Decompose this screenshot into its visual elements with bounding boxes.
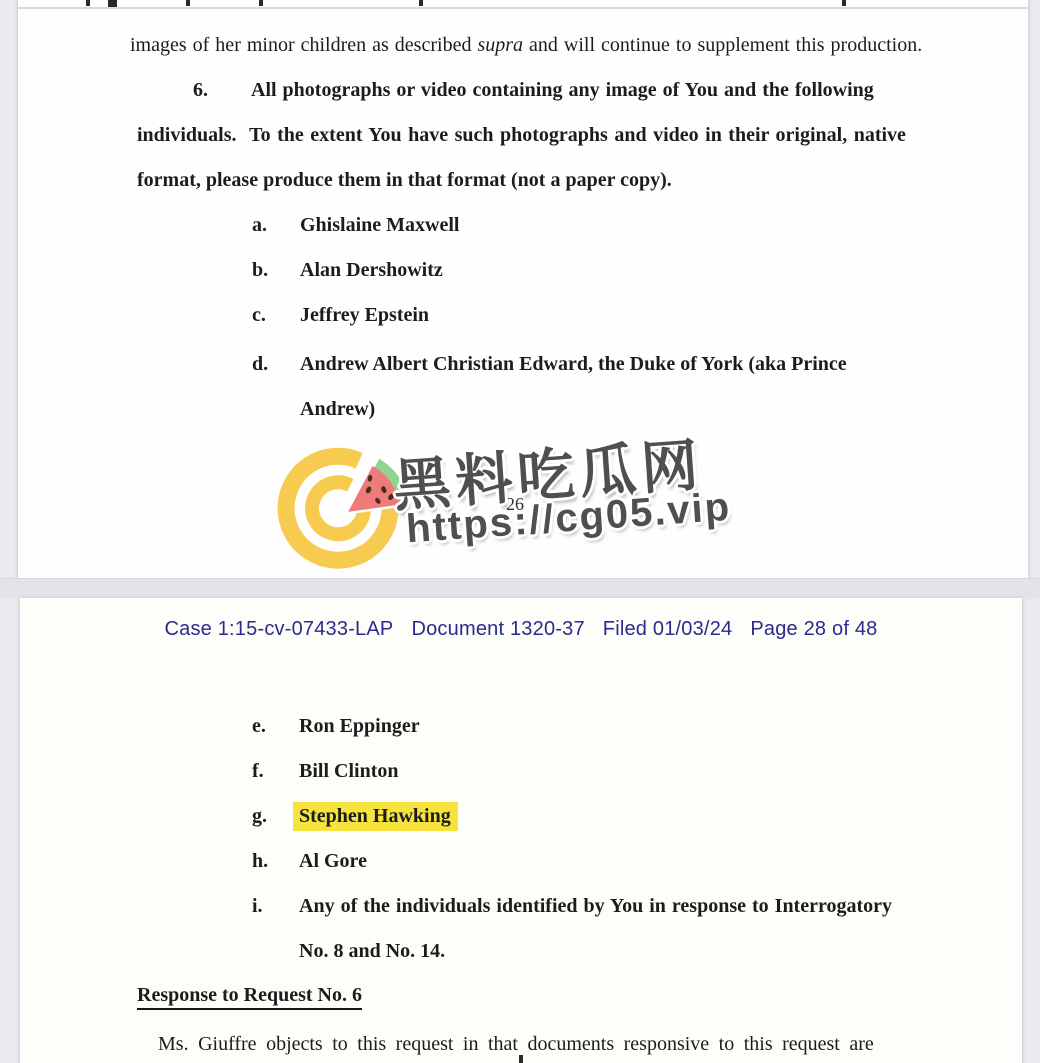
page-indicator: Page 28 of 48 [750, 618, 877, 640]
document-number: Document 1320-37 [411, 618, 584, 640]
list-item-ron-eppinger: Ron Eppinger [299, 713, 420, 739]
list-item-interrogatory-line2: No. 8 and No. 14. [299, 938, 445, 964]
list-item-ghislaine-maxwell: Ghislaine Maxwell [300, 212, 459, 238]
list-item-letter-f: f. [252, 758, 264, 784]
intro-text-supra: supra [477, 34, 523, 56]
case-number: Case 1:15-cv-07433-LAP [164, 618, 393, 640]
list-item-letter-d: d. [252, 351, 268, 377]
document-screenshot: images of her minor children as describe… [0, 0, 1040, 1063]
response-body-line: Ms. Giuffre objects to this request in t… [158, 1031, 874, 1057]
list-item-stephen-hawking: Stephen Hawking [299, 803, 458, 829]
list-item-letter-c: c. [252, 302, 266, 328]
request-6-line1: All photographs or video containing any … [251, 77, 874, 103]
list-item-interrogatory-line1: Any of the individuals identified by You… [299, 893, 892, 919]
list-item-letter-h: h. [252, 848, 268, 874]
page-gap [0, 578, 1040, 599]
list-item-prince-andrew-line1: Andrew Albert Christian Edward, the Duke… [300, 351, 847, 377]
list-item-alan-dershowitz: Alan Dershowitz [300, 257, 443, 283]
cropped-text-bottom-fragment [519, 1055, 523, 1063]
list-item-letter-e: e. [252, 713, 266, 739]
filed-date: Filed 01/03/24 [603, 618, 733, 640]
list-item-jeffrey-epstein: Jeffrey Epstein [300, 302, 429, 328]
request-6-line3: format, please produce them in that form… [137, 167, 672, 193]
paragraph-supplement-production: images of her minor children as describe… [130, 32, 922, 58]
intro-text-pre: images of her minor children as describe… [130, 34, 477, 56]
request-6-line2: individuals. To the extent You have such… [137, 122, 906, 148]
intro-text-post: and will continue to supplement this pro… [523, 34, 922, 56]
list-item-letter-b: b. [252, 257, 268, 283]
list-item-letter-i: i. [252, 893, 263, 919]
request-6-number: 6. [193, 77, 208, 103]
response-heading: Response to Request No. 6 [137, 982, 362, 1008]
case-caption-header: Case 1:15-cv-07433-LAPDocument 1320-37Fi… [20, 618, 1022, 641]
list-item-letter-a: a. [252, 212, 267, 238]
highlighted-name: Stephen Hawking [293, 802, 458, 831]
page-rule-line [18, 7, 1028, 9]
list-item-al-gore: Al Gore [299, 848, 367, 874]
list-item-letter-g: g. [252, 803, 267, 829]
list-item-bill-clinton: Bill Clinton [299, 758, 398, 784]
list-item-prince-andrew-line2: Andrew) [300, 396, 375, 422]
